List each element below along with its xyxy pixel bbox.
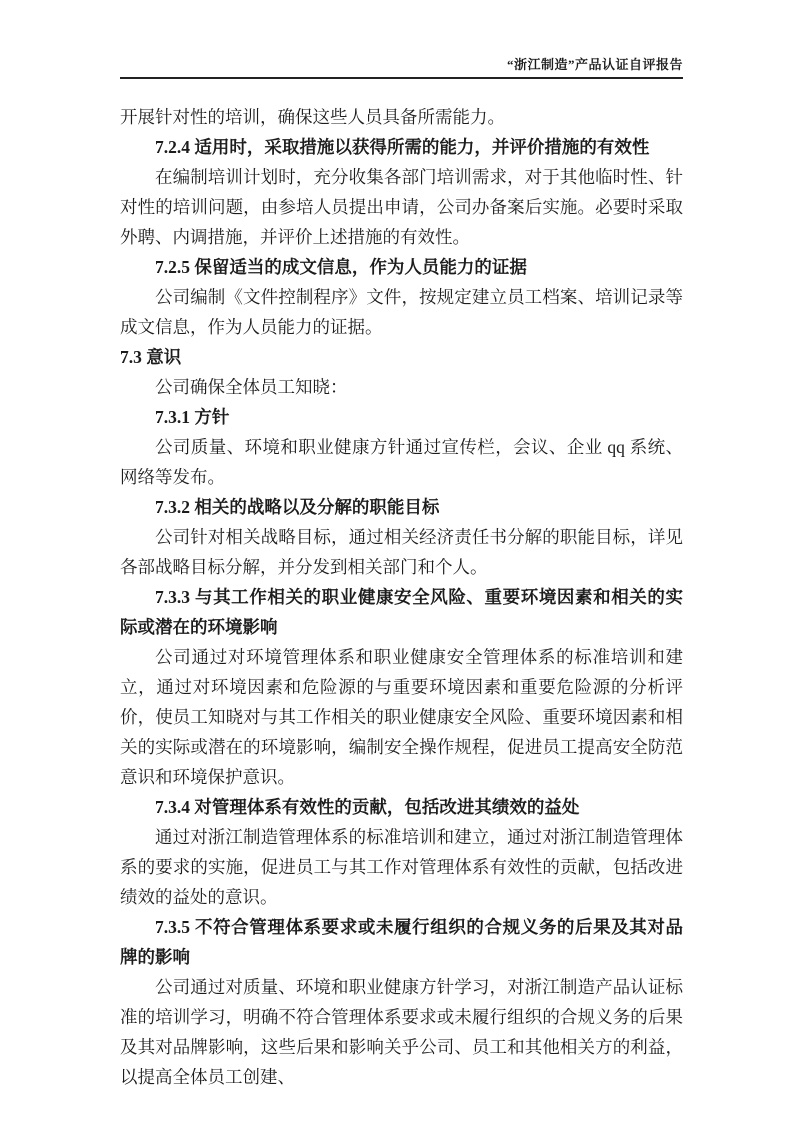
page-header: “浙江制造”产品认证自评报告 [120, 0, 683, 79]
heading-7-2-5: 7.2.5 保留适当的成文信息，作为人员能力的证据 [120, 252, 683, 282]
heading-7-2-4: 7.2.4 适用时，采取措施以获得所需的能力，并评价措施的有效性 [120, 132, 683, 162]
paragraph-7-2-4: 在编制培训计划时，充分收集各部门培训需求，对于其他临时性、针对性的培训问题，由参… [120, 162, 683, 252]
heading-7-3-5: 7.3.5 不符合管理体系要求或未履行组织的合规义务的后果及其对品牌的影响 [120, 912, 683, 972]
header-divider [120, 77, 683, 79]
paragraph-7-3-intro: 公司确保全体员工知晓： [120, 372, 683, 402]
heading-7-3-1: 7.3.1 方针 [120, 402, 683, 432]
heading-7-3-3: 7.3.3 与其工作相关的职业健康安全风险、重要环境因素和相关的实际或潜在的环境… [120, 582, 683, 642]
document-page: “浙江制造”产品认证自评报告 开展针对性的培训，确保这些人员具备所需能力。 7.… [0, 0, 800, 1131]
report-title: “浙江制造”产品认证自评报告 [120, 0, 683, 73]
document-body: 开展针对性的培训，确保这些人员具备所需能力。 7.2.4 适用时，采取措施以获得… [120, 102, 683, 1092]
paragraph-7-3-1: 公司质量、环境和职业健康方针通过宣传栏，会议、企业 qq 系统、网络等发布。 [120, 432, 683, 492]
paragraph-7-3-4: 通过对浙江制造管理体系的标准培训和建立，通过对浙江制造管理体系的要求的实施，促进… [120, 822, 683, 912]
paragraph-7-3-3: 公司通过对环境管理体系和职业健康安全管理体系的标准培训和建立，通过对环境因素和危… [120, 642, 683, 792]
heading-7-3: 7.3 意识 [120, 342, 683, 372]
paragraph-7-3-5: 公司通过对质量、环境和职业健康方针学习，对浙江制造产品认证标准的培训学习，明确不… [120, 972, 683, 1092]
continuation-paragraph: 开展针对性的培训，确保这些人员具备所需能力。 [120, 102, 683, 132]
heading-7-3-2: 7.3.2 相关的战略以及分解的职能目标 [120, 492, 683, 522]
paragraph-7-2-5: 公司编制《文件控制程序》文件，按规定建立员工档案、培训记录等成文信息，作为人员能… [120, 282, 683, 342]
heading-7-3-4: 7.3.4 对管理体系有效性的贡献，包括改进其绩效的益处 [120, 792, 683, 822]
paragraph-7-3-2: 公司针对相关战略目标，通过相关经济责任书分解的职能目标，详见各部战略目标分解，并… [120, 522, 683, 582]
